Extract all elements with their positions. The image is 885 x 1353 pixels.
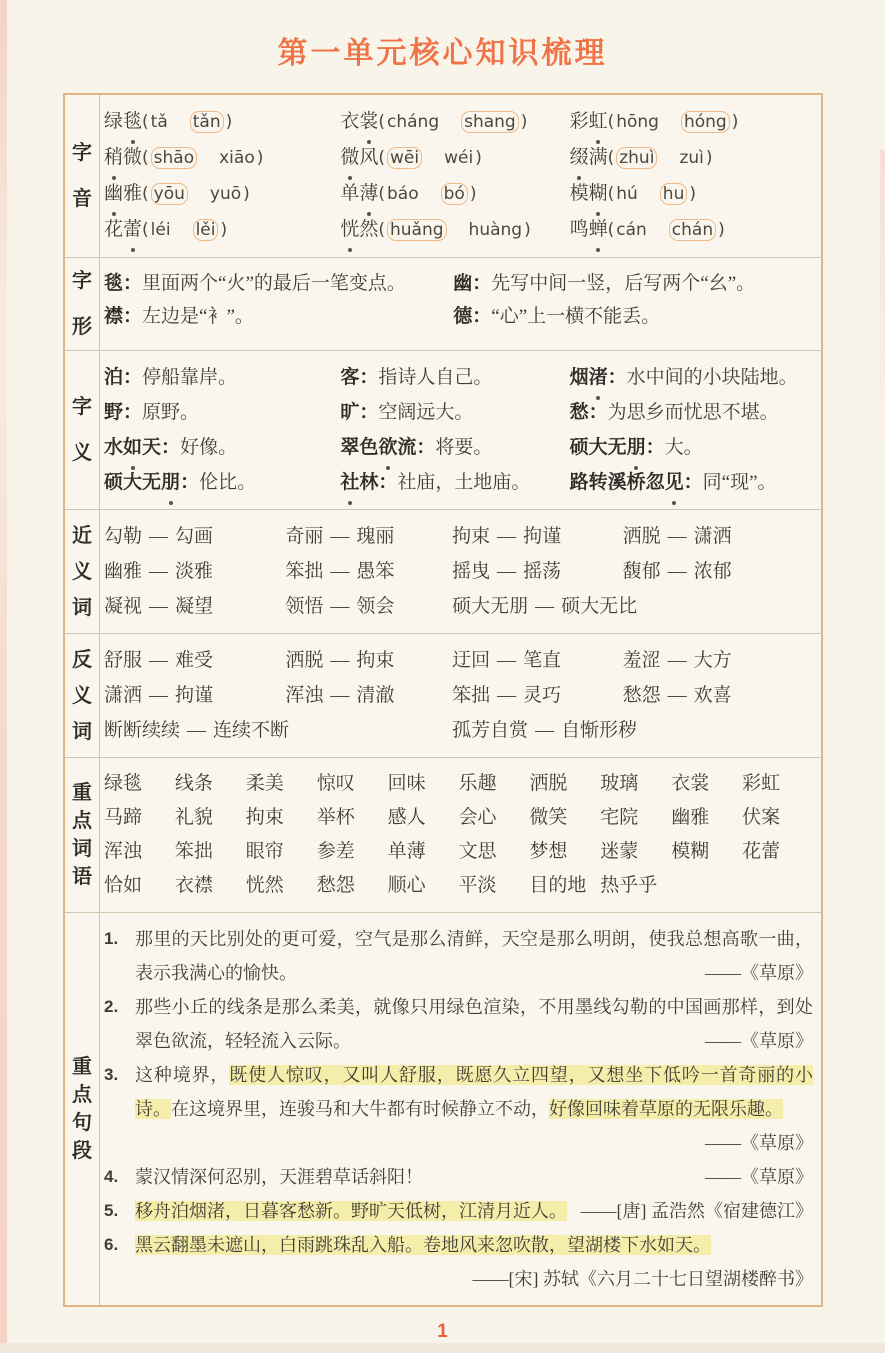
section-juduan: 重点句段 1.那里的天比别处的更可爱，空气是那么清鲜，天空是那么明朗，使我总想高… [65,912,821,1305]
term: 硕大无朋： [104,472,199,493]
pair-dash: — [661,561,694,582]
pair-word-b: 摇荡 [523,561,561,582]
term: 客： [340,367,378,388]
emphasized-character: 客 [340,360,359,395]
word-item: 乐趣 [459,767,530,801]
antonym-pair: 潇洒—拘谨 [104,678,285,713]
definition-entry: 毯：里面两个“火”的最后一笔变点。 [104,267,453,300]
definition-entry: 幽：先写中间一竖，后写两个“幺”。 [453,267,813,300]
word-item: 感人 [388,801,459,835]
word-row: 绿毯线条柔美惊叹回味乐趣洒脱玻璃衣裳彩虹 [104,767,813,801]
sentence-number: 2. [104,990,135,1058]
sentence-source: ——《草原》 [705,1160,813,1194]
synonym-pair: 领悟—领会 [285,589,452,624]
pair-word-a: 硕大无朋 [452,596,528,617]
emphasized-character: 如 [123,430,142,465]
pair-dash: — [142,561,175,582]
ciyu-content: 绿毯线条柔美惊叹回味乐趣洒脱玻璃衣裳彩虹马蹄礼貌拘束举杯感人会心微笑宅院幽雅伏案… [100,758,821,912]
pair-word-b: 灵巧 [523,685,561,706]
section-fanyici: 反义词 舒服—难受洒脱—拘束迂回—笔直羞涩—大方潇洒—拘谨浑浊—清澈笨拙—灵巧愁… [65,633,821,757]
definition: 原野。 [142,402,199,423]
emphasized-character: 蕾 [123,212,142,247]
pair-word-b: 拘谨 [175,685,213,706]
word-item: 愁怨 [317,869,388,903]
pair-word-a: 勾勒 [104,526,142,547]
pair-word-a: 孤芳自赏 [452,720,528,741]
emphasized-character: 微 [340,140,359,175]
emphasized-character: 林 [359,465,378,500]
emphasized-character: 水 [104,430,123,465]
pair-word-b: 潇洒 [694,526,732,547]
word-item: 绿毯 [104,767,175,801]
sentence-text: 黑云翻墨未遮山，白雨跳珠乱入船。卷地风来忽吹散，望湖楼下水如天。——[宋] 苏轼… [135,1228,813,1296]
pinyin-options: (hōnghóng) [608,112,739,132]
pinyin-entry: 花蕾(léilěi) [104,212,340,248]
pair-word-a: 羞涩 [623,650,661,671]
word-item: 单薄 [388,835,459,869]
page-number: 1 [0,1321,885,1343]
word-item: 平淡 [459,869,530,903]
sentence-number: 1. [104,922,135,990]
highlighted-text: 好像回味着草原的无限乐趣。 [549,1099,783,1119]
page-title: 第一单元核心知识梳理 [0,0,885,72]
sentence-number: 3. [104,1058,135,1160]
pair-dash: — [323,650,356,671]
term: 毯： [104,273,142,294]
word-item: 回味 [388,767,459,801]
pinyin-options: (chángshang) [378,112,527,132]
definition: 好像。 [180,437,237,458]
word-item: 衣裳 [671,767,742,801]
word-item: 恍然 [246,869,317,903]
word-item: 玻璃 [600,767,671,801]
emphasized-character: 路 [570,465,589,500]
pair-word-b: 勾画 [175,526,213,547]
pinyin-option: tǎ [151,112,168,132]
synonym-pair: 硕大无朋—硕大无比 [452,589,813,624]
pair-word-a: 愁怨 [623,685,661,706]
definition: 同“现”。 [703,472,777,493]
synonym-pair: 摇曳—摇荡 [452,554,622,589]
antonym-pair: 迂回—笔直 [452,643,622,678]
pair-word-a: 拘束 [452,526,490,547]
emphasized-character: 流 [397,430,416,465]
section-jinyici: 近义词 勾勒—勾画奇丽—瑰丽拘束—拘谨洒脱—潇洒幽雅—淡雅笨拙—愚笨摇曳—摇荡馥… [65,509,821,633]
antonym-pair: 舒服—难受 [104,643,285,678]
pair-dash: — [661,685,694,706]
emphasized-character: 天 [142,430,161,465]
pair-word-b: 凝望 [175,596,213,617]
definition-entry: 襟：左边是“衤”。 [104,300,453,333]
word-item: 礼貌 [175,801,246,835]
definition-entry: 水如天：好像。 [104,430,340,465]
correct-pinyin-option: zhuì [616,147,657,169]
highlighted-text: 黑云翻墨未遮山，白雨跳珠乱入船。卷地风来忽吹散，望湖楼下水如天。 [135,1235,711,1255]
emphasized-character: 满 [589,140,608,175]
correct-pinyin-option: tǎn [190,111,224,133]
emphasized-character: 大 [123,465,142,500]
jinyici-content: 勾勒—勾画奇丽—瑰丽拘束—拘谨洒脱—潇洒幽雅—淡雅笨拙—愚笨摇曳—摇荡馥郁—浓郁… [100,510,821,633]
section-ziyin: 字音 绿毯(tǎtǎn)衣裳(chángshang)彩虹(hōnghóng)稍微… [65,95,821,257]
correct-pinyin-option: wēi [387,147,422,169]
synonym-pair: 洒脱—潇洒 [623,519,813,554]
correct-pinyin-option: yōu [151,183,188,205]
definition-entry: 硕大无朋：伦比。 [104,465,340,500]
sentence-source: ——《草原》 [705,1126,813,1160]
synonym-pair: 拘束—拘谨 [452,519,622,554]
pair-dash: — [490,526,523,547]
pinyin-options: (báobó) [378,184,476,204]
pair-word-b: 瑰丽 [356,526,394,547]
emphasized-character: 无 [142,465,161,500]
row-label-text: 字义 [71,384,93,476]
fanyici-row: 断断续续—连续不断孤芳自赏—自惭形秽 [104,713,813,748]
pair-dash: — [142,596,175,617]
row-label-fanyici: 反义词 [65,634,100,757]
emphasized-character: 朋 [627,430,646,465]
definition-entry: 旷：空阔远大。 [340,395,569,430]
pair-dash: — [661,526,694,547]
term: 硕大无朋： [570,437,665,458]
synonym-pair: 勾勒—勾画 [104,519,285,554]
emphasized-character: 虹 [589,104,608,139]
definition-entry: 翠色欲流：将要。 [340,430,569,465]
section-ziyi: 字义 泊：停船靠岸。客：指诗人自己。烟渚：水中间的小块陆地。野：原野。旷：空阔远… [65,350,821,509]
row-label-jinyici: 近义词 [65,510,100,633]
emphasized-character: 渚 [589,360,608,395]
word-item: 彩虹 [742,767,813,801]
word-item: 模糊 [671,835,742,869]
pair-word-a: 领悟 [285,596,323,617]
word-item: 目的地 [529,869,600,903]
ziyi-row: 泊：停船靠岸。客：指诗人自己。烟渚：水中间的小块陆地。 [104,360,813,395]
pinyin-option: wéi [444,148,473,168]
correct-pinyin-option: huǎng [387,219,447,241]
definition: 先写中间一竖，后写两个“幺”。 [491,273,755,294]
pair-word-a: 笨拙 [285,561,323,582]
definition: 大。 [665,437,703,458]
pinyin-entry: 稍微(shāoxiāo) [104,140,340,176]
zixing-row: 毯：里面两个“火”的最后一笔变点。幽：先写中间一竖，后写两个“幺”。 [104,267,813,300]
definition: 伦比。 [199,472,256,493]
emphasized-character: 硕 [570,430,589,465]
term: 烟渚： [570,367,627,388]
pair-word-b: 淡雅 [175,561,213,582]
correct-pinyin-option: hóng [681,111,730,133]
pinyin-entry: 彩虹(hōnghóng) [570,104,813,140]
word-item: 笨拙 [175,835,246,869]
pair-word-a: 潇洒 [104,685,142,706]
pinyin-options: (wēiwéi) [378,148,481,168]
definition-entry: 客：指诗人自己。 [340,360,569,395]
word-item: 柔美 [246,767,317,801]
emphasized-character: 缀 [570,140,589,175]
emphasized-character: 花 [104,212,123,247]
knowledge-table: 字音 绿毯(tǎtǎn)衣裳(chángshang)彩虹(hōnghóng)稍微… [63,93,823,1307]
word-item: 会心 [459,801,530,835]
pair-word-a: 洒脱 [285,650,323,671]
pinyin-entry: 绿毯(tǎtǎn) [104,104,340,140]
pair-dash: — [490,650,523,671]
pair-dash: — [323,561,356,582]
pair-word-a: 洒脱 [623,526,661,547]
pair-word-a: 浑浊 [285,685,323,706]
emphasized-character: 彩 [570,104,589,139]
pair-word-b: 领会 [356,596,394,617]
correct-pinyin-option: hu [660,183,688,205]
definition: “心”上一横不能丢。 [491,306,660,327]
emphasized-character: 稍 [104,140,123,175]
fanyici-content: 舒服—难受洒脱—拘束迂回—笔直羞涩—大方潇洒—拘谨浑浊—清澈笨拙—灵巧愁怨—欢喜… [100,634,821,757]
pair-word-a: 迂回 [452,650,490,671]
antonym-pair: 浑浊—清澈 [285,678,452,713]
emphasized-character: 溪 [608,465,627,500]
pinyin-entry: 单薄(báobó) [340,176,569,212]
definition: 为思乡而忧思不堪。 [608,402,779,423]
row-label-ziyi: 字义 [65,351,100,509]
pair-dash: — [142,526,175,547]
emphasized-character: 风 [359,140,378,175]
emphasized-character: 桥 [627,465,646,500]
definition-entry: 泊：停船靠岸。 [104,360,340,395]
fanyici-row: 潇洒—拘谨浑浊—清澈笨拙—灵巧愁怨—欢喜 [104,678,813,713]
correct-pinyin-option: bó [441,183,468,205]
word-item: 洒脱 [529,767,600,801]
row-label-juduan: 重点句段 [65,913,100,1305]
highlighted-text: 移舟泊烟渚，日暮客愁新。野旷天低树，江清月近人。 [135,1201,567,1221]
pair-dash: — [490,561,523,582]
pinyin-options: (húhu) [608,184,696,204]
definition: 指诗人自己。 [378,367,492,388]
pair-dash: — [323,526,356,547]
antonym-pair: 羞涩—大方 [623,643,813,678]
pair-word-a: 凝视 [104,596,142,617]
term: 愁： [570,402,608,423]
sentence-item: 3.这种境界，既使人惊叹，又叫人舒服，既愿久立四望，又想坐下低吟一首奇丽的小诗。… [104,1058,813,1160]
definition-entry: 愁：为思乡而忧思不堪。 [570,395,813,430]
definition-entry: 德：“心”上一横不能丢。 [453,300,813,333]
pair-word-a: 奇丽 [285,526,323,547]
sentence-segment: 这种境界， [135,1065,229,1085]
pair-word-b: 难受 [175,650,213,671]
pair-word-b: 大方 [694,650,732,671]
pair-word-a: 馥郁 [623,561,661,582]
antonym-pair: 洒脱—拘束 [285,643,452,678]
ziyi-row: 硕大无朋：伦比。社林：社庙，土地庙。路转溪桥忽见：同“现”。 [104,465,813,500]
pinyin-option: hōng [616,112,659,132]
emphasized-character: 雅 [123,176,142,211]
pinyin-options: (léilěi) [142,220,227,240]
emphasized-character: 襟 [104,300,123,333]
pair-dash: — [661,650,694,671]
emphasized-character: 毯 [123,104,142,139]
pinyin-entry: 鸣蝉(cánchán) [570,212,813,248]
sentence-text: 那里的天比别处的更可爱，空气是那么清鲜，天空是那么明朗，使我总想高歌一曲，表示我… [135,922,813,990]
pair-word-b: 笔直 [523,650,561,671]
term: 幽： [453,273,491,294]
term: 路转溪桥忽见： [570,472,703,493]
sentence-text: 这种境界，既使人惊叹，又叫人舒服，既愿久立四望，又想坐下低吟一首奇丽的小诗。在这… [135,1058,813,1160]
row-label-ciyu: 重点词语 [65,758,100,912]
sentence-item: 5.移舟泊烟渚，日暮客愁新。野旷天低树，江清月近人。——[唐] 孟浩然《宿建德江… [104,1194,813,1228]
pair-word-b: 连续不断 [213,720,289,741]
pinyin-row: 绿毯(tǎtǎn)衣裳(chángshang)彩虹(hōnghóng) [104,104,813,140]
pair-dash: — [528,720,561,741]
pinyin-options: (tǎtǎn) [142,112,232,132]
emphasized-character: 德 [453,300,472,333]
pinyin-option: huàng [469,220,523,240]
pinyin-row: 花蕾(léilěi)恍然(huǎnghuàng)鸣蝉(cánchán) [104,212,813,248]
sentence-source: ——《草原》 [705,956,813,990]
emphasized-character: 模 [570,176,589,211]
zixing-content: 毯：里面两个“火”的最后一笔变点。幽：先写中间一竖，后写两个“幺”。襟：左边是“… [100,258,821,350]
pinyin-option: yuō [210,184,241,204]
emphasized-character: 微 [123,140,142,175]
sentence-source: ——《草原》 [705,1024,813,1058]
pair-dash: — [528,596,561,617]
word-item: 线条 [175,767,246,801]
term: 旷： [340,402,378,423]
sentence-number: 6. [104,1228,135,1296]
pinyin-entry: 缀满(zhuìzuì) [570,140,813,176]
row-label-text: 重点句段 [71,1053,93,1165]
emphasized-character: 然 [359,212,378,247]
term: 德： [453,306,491,327]
word-item: 恰如 [104,869,175,903]
pinyin-option: cán [616,220,647,240]
correct-pinyin-option: shāo [151,147,197,169]
pinyin-option: hú [616,184,638,204]
word-item: 衣襟 [175,869,246,903]
row-label-text: 字形 [71,258,93,350]
sentence-number: 5. [104,1194,135,1228]
term: 翠色欲流： [340,437,435,458]
word-item: 顺心 [388,869,459,903]
word-item: 浑浊 [104,835,175,869]
emphasized-character: 泊 [104,360,123,395]
emphasized-character: 糊 [589,176,608,211]
section-ciyu: 重点词语 绿毯线条柔美惊叹回味乐趣洒脱玻璃衣裳彩虹马蹄礼貌拘束举杯感人会心微笑宅… [65,757,821,912]
emphasized-character: 色 [359,430,378,465]
antonym-pair: 愁怨—欢喜 [623,678,813,713]
ziyi-row: 水如天：好像。翠色欲流：将要。硕大无朋：大。 [104,430,813,465]
sentence-item: 2.那些小丘的线条是那么柔美，就像只用绿色渲染，不用墨线勾勒的中国画那样，到处翠… [104,990,813,1058]
sentence-source: ——[唐] 孟浩然《宿建德江》 [581,1194,814,1228]
definition: 社庙，土地庙。 [397,472,530,493]
emphasized-character: 社 [340,465,359,500]
pinyin-options: (zhuìzuì) [608,148,713,168]
pair-dash: — [142,650,175,671]
correct-pinyin-option: chán [669,219,716,241]
emphasized-character: 愁 [570,395,589,430]
jinyici-row: 幽雅—淡雅笨拙—愚笨摇曳—摇荡馥郁—浓郁 [104,554,813,589]
definition: 水中间的小块陆地。 [627,367,798,388]
word-row: 马蹄礼貌拘束举杯感人会心微笑宅院幽雅伏案 [104,801,813,835]
word-item: 伏案 [742,801,813,835]
word-item: 参差 [317,835,388,869]
row-label-text: 重点词语 [71,779,93,891]
ziyi-content: 泊：停船靠岸。客：指诗人自己。烟渚：水中间的小块陆地。野：原野。旷：空阔远大。愁… [100,351,821,509]
definition-entry: 烟渚：水中间的小块陆地。 [570,360,813,395]
row-label-text: 字音 [71,130,93,222]
sentence-text: 那些小丘的线条是那么柔美，就像只用绿色渲染，不用墨线勾勒的中国画那样，到处翠色欲… [135,990,813,1058]
term: 社林： [340,472,397,493]
term: 野： [104,402,142,423]
fanyici-row: 舒服—难受洒脱—拘束迂回—笔直羞涩—大方 [104,643,813,678]
definition: 将要。 [435,437,492,458]
emphasized-character: 翠 [340,430,359,465]
section-zixing: 字形 毯：里面两个“火”的最后一笔变点。幽：先写中间一竖，后写两个“幺”。襟：左… [65,257,821,350]
emphasized-character: 野 [104,395,123,430]
word-item: 马蹄 [104,801,175,835]
pair-word-a: 舒服 [104,650,142,671]
pinyin-entry: 衣裳(chángshang) [340,104,569,140]
jinyici-row: 勾勒—勾画奇丽—瑰丽拘束—拘谨洒脱—潇洒 [104,519,813,554]
sentence-item: 4.蒙汉情深何忍别，天涯碧草话斜阳！——《草原》 [104,1160,813,1194]
pair-dash: — [142,685,175,706]
pair-word-b: 清澈 [356,685,394,706]
sentence-text: 移舟泊烟渚，日暮客愁新。野旷天低树，江清月近人。——[唐] 孟浩然《宿建德江》 [135,1194,813,1228]
pair-dash: — [490,685,523,706]
emphasized-character: 恍 [340,212,359,247]
sentence-text: 蒙汉情深何忍别，天涯碧草话斜阳！——《草原》 [135,1160,813,1194]
pinyin-row: 稍微(shāoxiāo)微风(wēiwéi)缀满(zhuìzuì) [104,140,813,176]
pair-word-b: 硕大无比 [561,596,637,617]
definition: 停船靠岸。 [142,367,237,388]
pair-dash: — [323,685,356,706]
word-item: 梦想 [529,835,600,869]
antonym-pair: 断断续续—连续不断 [104,713,452,748]
definition-entry: 硕大无朋：大。 [570,430,813,465]
pair-word-b: 愚笨 [356,561,394,582]
term: 泊： [104,367,142,388]
juduan-content: 1.那里的天比别处的更可爱，空气是那么清鲜，天空是那么明朗，使我总想高歌一曲，表… [100,913,821,1305]
word-row: 恰如衣襟恍然愁怨顺心平淡目的地热乎乎 [104,869,813,903]
pair-word-b: 拘束 [356,650,394,671]
synonym-pair: 奇丽—瑰丽 [285,519,452,554]
emphasized-character: 无 [608,430,627,465]
word-item: 微笑 [529,801,600,835]
ziyin-content: 绿毯(tǎtǎn)衣裳(chángshang)彩虹(hōnghóng)稍微(sh… [100,95,821,257]
emphasized-character: 旷 [340,395,359,430]
synonym-pair: 馥郁—浓郁 [623,554,813,589]
pinyin-row: 幽雅(yōuyuō)单薄(báobó)模糊(húhu) [104,176,813,212]
row-label-text: 反义词 [71,642,93,750]
pair-dash: — [180,720,213,741]
pinyin-options: (cánchán) [608,220,725,240]
sentence-segment: 在这境界里，连骏马和大牛都有时候静立不动， [171,1099,549,1119]
pair-word-b: 拘谨 [523,526,561,547]
ziyi-row: 野：原野。旷：空阔远大。愁：为思乡而忧思不堪。 [104,395,813,430]
correct-pinyin-option: shang [461,111,519,133]
pair-dash: — [323,596,356,617]
pair-word-b: 欢喜 [694,685,732,706]
definition: 左边是“衤”。 [142,306,254,327]
word-item: 惊叹 [317,767,388,801]
word-item: 幽雅 [671,801,742,835]
sentence-number: 4. [104,1160,135,1194]
word-item: 眼帘 [246,835,317,869]
emphasized-character: 幽 [104,176,123,211]
pinyin-option: báo [387,184,419,204]
word-item: 举杯 [317,801,388,835]
emphasized-character: 毯 [104,267,123,300]
word-item: 花蕾 [742,835,813,869]
pinyin-option: léi [151,220,171,240]
definition: 里面两个“火”的最后一笔变点。 [142,273,406,294]
definition: 空阔远大。 [378,402,473,423]
row-label-ziyin: 字音 [65,95,100,257]
